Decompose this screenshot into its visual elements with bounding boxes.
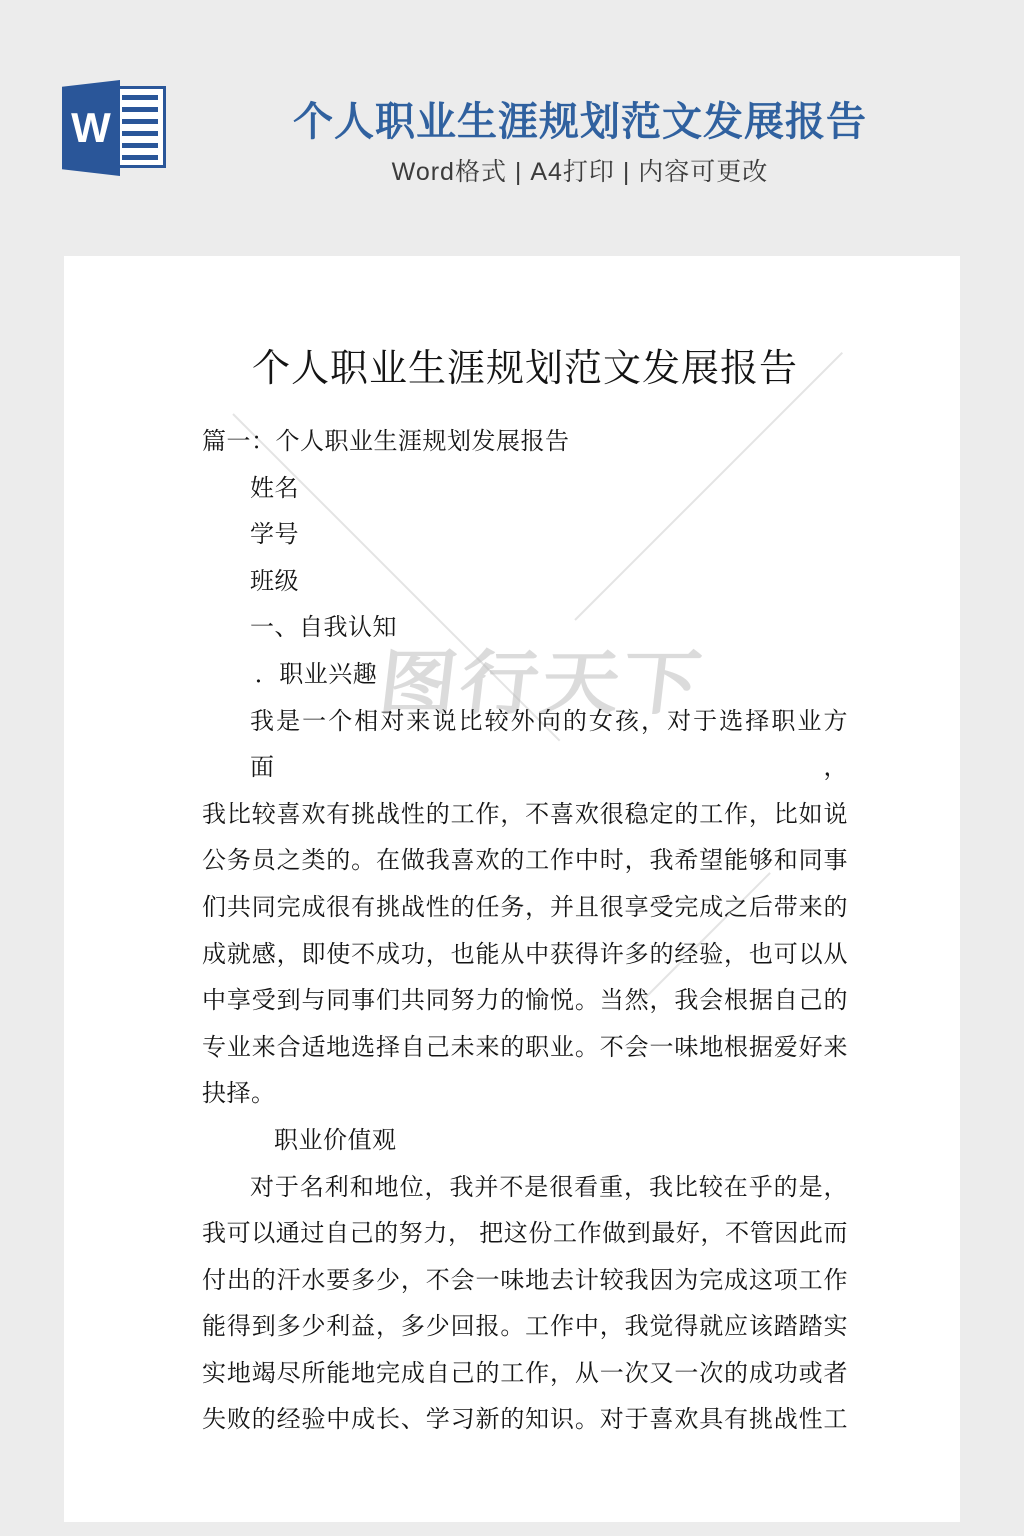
- document-line: 我是一个相对来说比较外向的女孩，对于选择职业方面，: [202, 699, 848, 792]
- document-line: 中享受到与同事们共同努力的愉悦。当然，我会根据自己的: [202, 978, 848, 1025]
- document-line: 抉择。: [202, 1071, 848, 1118]
- document-line: 我比较喜欢有挑战性的工作，不喜欢很稳定的工作，比如说: [202, 792, 848, 839]
- template-subtitle: Word格式 | A4打印 | 内容可更改: [250, 152, 910, 188]
- document-page: 图行天下 个人职业生涯规划范文发展报告 篇一：个人职业生涯规划发展报告姓名学号班…: [64, 256, 960, 1522]
- document-content: 个人职业生涯规划范文发展报告 篇一：个人职业生涯规划发展报告姓名学号班级一、自我…: [202, 256, 848, 1444]
- document-line: 一、自我认知: [202, 605, 848, 652]
- document-line: 能得到多少利益，多少回报。工作中，我觉得就应该踏踏实: [202, 1304, 848, 1351]
- document-line: 公务员之类的。在做我喜欢的工作中时，我希望能够和同事: [202, 838, 848, 885]
- document-line: 专业来合适地选择自己未来的职业。不会一味地根据爱好来: [202, 1025, 848, 1072]
- document-body: 篇一：个人职业生涯规划发展报告姓名学号班级一、自我认知．职业兴趣我是一个相对来说…: [202, 419, 848, 1444]
- document-line: 对于名利和地位，我并不是很看重，我比较在乎的是，: [202, 1165, 848, 1212]
- document-line: 篇一：个人职业生涯规划发展报告: [202, 419, 848, 466]
- document-line: 职业价值观: [202, 1118, 848, 1165]
- document-line: 实地竭尽所能地完成自己的工作，从一次又一次的成功或者: [202, 1351, 848, 1398]
- document-line: 成就感，即使不成功，也能从中获得许多的经验，也可以从: [202, 932, 848, 979]
- template-preview-canvas: W 个人职业生涯规划范文发展报告 Word格式 | A4打印 | 内容可更改 图…: [0, 0, 1024, 1536]
- word-logo-letter: W: [71, 107, 111, 149]
- word-logo-document-shape: [114, 86, 166, 168]
- word-logo-icon: W: [62, 78, 170, 178]
- document-line: 们共同完成很有挑战性的任务，并且很享受完成之后带来的: [202, 885, 848, 932]
- document-line: 姓名: [202, 466, 848, 513]
- document-line: 班级: [202, 559, 848, 606]
- word-logo-text-lines: [122, 95, 158, 160]
- document-line: ．职业兴趣: [202, 652, 848, 699]
- word-logo-panel: W: [62, 80, 120, 176]
- document-line: 学号: [202, 512, 848, 559]
- document-line: 付出的汗水要多少，不会一味地去计较我因为完成这项工作: [202, 1258, 848, 1305]
- document-line: 我可以通过自己的努力， 把这份工作做到最好，不管因此而: [202, 1211, 848, 1258]
- document-title: 个人职业生涯规划范文发展报告: [202, 342, 848, 396]
- template-title: 个人职业生涯规划范文发展报告: [250, 90, 910, 147]
- document-line: 失败的经验中成长、学习新的知识。对于喜欢具有挑战性工: [202, 1397, 848, 1444]
